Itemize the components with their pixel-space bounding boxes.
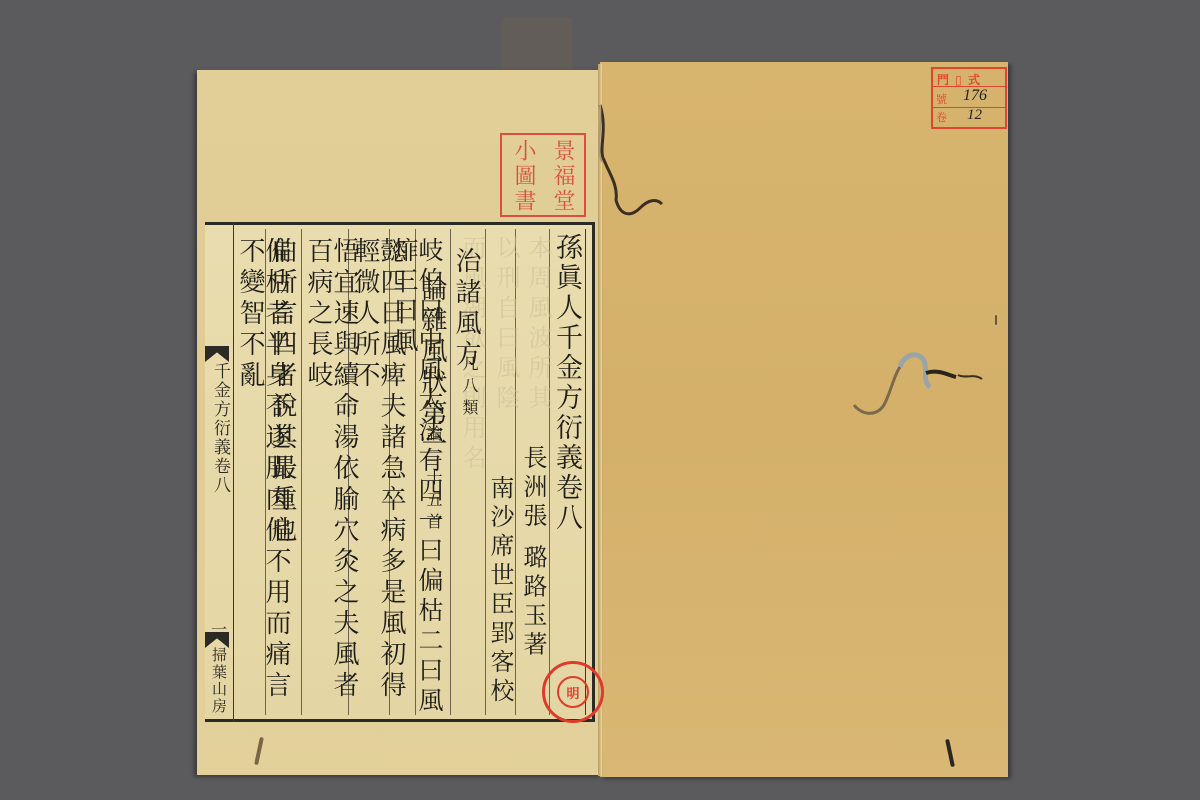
binding-thread-lower	[848, 345, 988, 425]
subsection-note: 論二十五首	[425, 425, 441, 535]
section-title: 治諸風方	[453, 247, 479, 371]
upper-fishtail	[205, 346, 229, 362]
banxin-title: 千金方衍義卷八	[208, 362, 233, 495]
body-column-4: 伯所言四者說其最重也	[269, 237, 295, 547]
seal-char: 景	[547, 137, 578, 162]
library-call-number-label: 門 ▯ 式 號 176 卷 12	[931, 67, 1007, 129]
seal-char: 書	[508, 188, 539, 213]
publisher-name: 掃葉山房	[209, 647, 230, 715]
background-shadow	[502, 18, 572, 70]
printed-text-block: 而風湖欲之則用名 以刑自曰風陰 本周風波所其 偏枯者半身不遂肌肉偏不用而痛言不變…	[205, 222, 595, 722]
lower-fishtail	[205, 632, 229, 648]
label-key-2: 卷	[936, 109, 947, 125]
seal-char: 堂	[547, 188, 578, 213]
seal-char: 圖	[508, 162, 539, 187]
binding-thread-upper	[590, 100, 670, 230]
section-note: 凡八類	[461, 355, 477, 421]
author-line: 長洲張 璐路玉著	[521, 445, 545, 661]
round-seal-center: 明	[557, 676, 589, 708]
volume-title: 孫眞人千金方衍義卷八	[553, 233, 580, 533]
frame-inner-border	[585, 229, 586, 715]
seal-char: 小	[508, 137, 539, 162]
label-key-1: 號	[936, 91, 947, 107]
column-rule	[301, 229, 302, 715]
square-collector-seal: 景 福 堂 小 圖 書	[500, 133, 586, 217]
editor-line: 南沙席世臣郢客校	[488, 475, 512, 707]
round-red-seal: 明	[542, 661, 604, 723]
label-value-2: 12	[967, 107, 982, 124]
pencil-mark-small	[995, 315, 997, 325]
bleed-through-text: 以刑自曰風陰	[489, 235, 524, 415]
seal-char: 福	[547, 162, 578, 187]
label-value-1: 176	[963, 87, 987, 105]
banxin-center-column: 千金方衍義卷八 一 掃葉山房	[205, 222, 234, 722]
